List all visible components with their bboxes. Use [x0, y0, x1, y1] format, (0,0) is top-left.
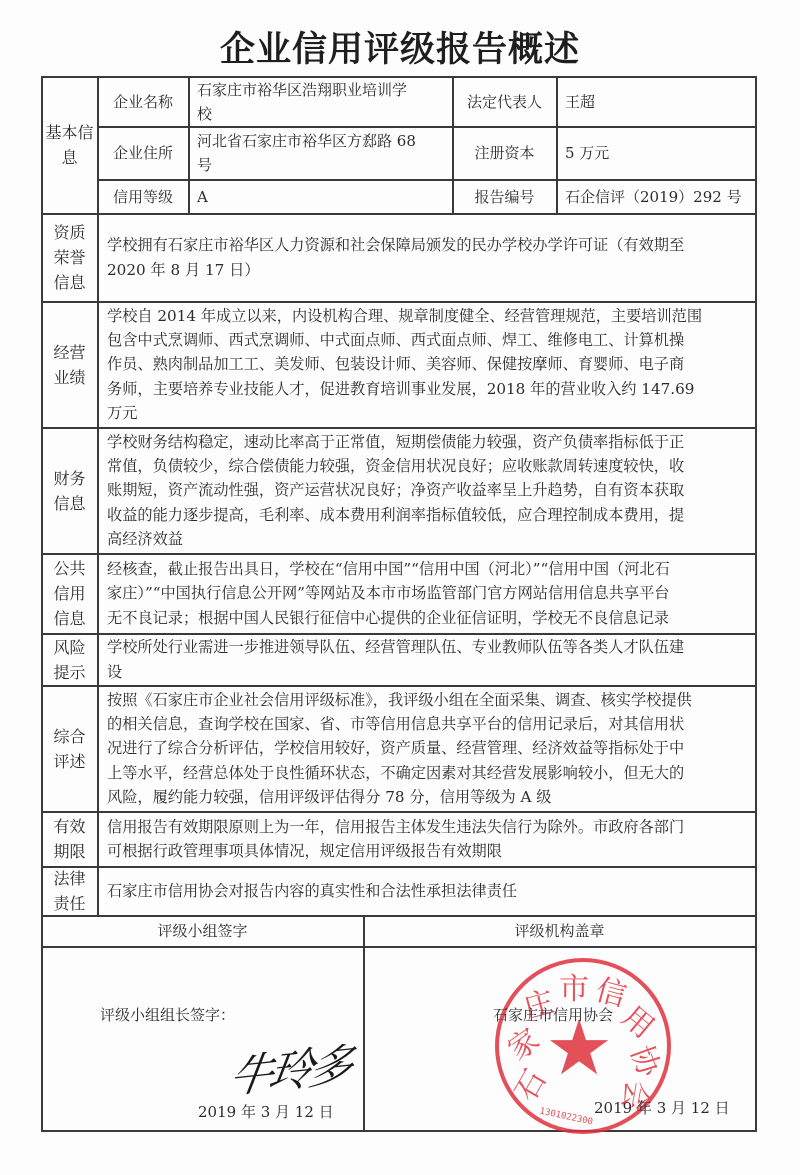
team-sign-date: 2019 年 3 月 12 日	[198, 1100, 358, 1124]
agency-seal-date: 2019 年 3 月 12 日	[594, 1096, 754, 1120]
overall-assessment-text: 按照《石家庄市企业社会信用评级标准》，我评级小组在全面采集、调查、核实学校提供的…	[98, 686, 755, 811]
public-credit-label: 公共信用信息	[42, 554, 97, 633]
registered-capital-label: 注册资本	[453, 127, 556, 179]
report-number-value: 石企信评（2019）292 号	[557, 180, 755, 213]
handwritten-signature: 牛玲多	[225, 1028, 355, 1106]
company-name-value: 石家庄市裕华区浩翔职业培训学校	[189, 77, 452, 126]
credit-rating-value: A	[189, 180, 452, 213]
risk-warning-label: 风险提示	[42, 634, 97, 685]
legal-rep-label: 法定代表人	[453, 77, 556, 126]
financial-info-label: 财务信息	[42, 428, 97, 553]
basic-info-label: 基本信息	[42, 77, 97, 213]
registered-capital-value: 5 万元	[557, 127, 755, 179]
legal-responsibility-text: 石家庄市信用协会对报告内容的真实性和合法性承担法律责任	[98, 867, 755, 915]
risk-warning-text: 学校所处行业需进一步推进领导队伍、经营管理队伍、专业教师队伍等各类人才队伍建设	[98, 634, 755, 685]
qualification-text: 学校拥有石家庄市裕华区人力资源和社会保障局颁发的民办学校办学许可证（有效期至20…	[98, 214, 755, 301]
rating-agency-seal-header: 评级机构盖章	[364, 916, 755, 946]
company-name-label: 企业名称	[98, 77, 188, 126]
validity-period-text: 信用报告有效期限原则上为一年，信用报告主体发生违法失信行为除外。市政府各部门可根…	[98, 812, 755, 866]
credit-rating-label: 信用等级	[98, 180, 188, 213]
report-number-label: 报告编号	[453, 180, 556, 213]
business-performance-text: 学校自 2014 年成立以来，内设机构合理、规章制度健全、经营管理规范，主要培训…	[98, 302, 755, 427]
legal-responsibility-label: 法律责任	[42, 867, 97, 915]
document-title: 企业信用评级报告概述	[0, 22, 800, 72]
team-leader-sign-label: 评级小组组长签字：	[100, 1003, 300, 1027]
public-credit-text: 经核查，截止报告出具日，学校在“信用中国”“信用中国（河北）”“信用中国（河北石…	[98, 554, 755, 633]
rating-team-signature-header: 评级小组签字	[42, 916, 363, 946]
validity-period-label: 有效期限	[42, 812, 97, 866]
business-performance-label: 经营业绩	[42, 302, 97, 427]
legal-rep-value: 王超	[557, 77, 755, 126]
company-address-label: 企业住所	[98, 127, 188, 179]
company-address-value: 河北省石家庄市裕华区方郄路 68号	[189, 127, 452, 179]
overall-assessment-label: 综合评述	[42, 686, 97, 811]
financial-info-text: 学校财务结构稳定，速动比率高于正常值，短期偿债能力较强，资产负债率指标低于正常值…	[98, 428, 755, 553]
seal-number: 1301022300	[539, 1106, 594, 1127]
rating-agency-name: 石家庄市信用协会	[493, 1003, 653, 1027]
qualification-label: 资质荣誉信息	[42, 214, 97, 301]
